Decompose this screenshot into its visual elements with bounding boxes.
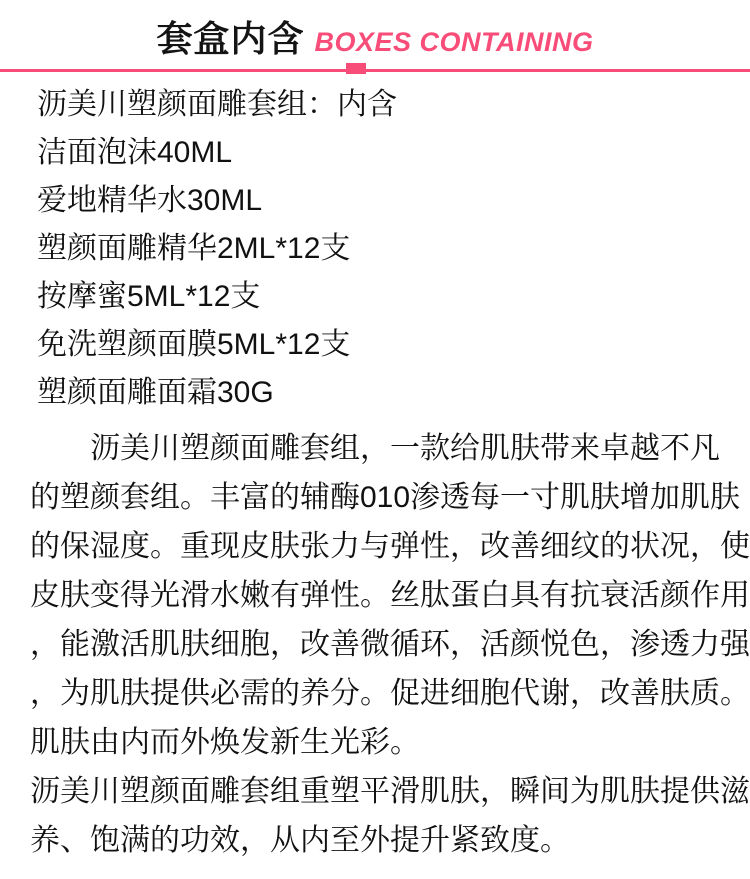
header-divider (0, 69, 750, 72)
description-line: 沥美川塑颜面雕套组，一款给肌肤带来卓越不凡 (30, 424, 720, 473)
description-line: 的塑颜套组。丰富的辅酶010渗透每一寸肌肤增加肌肤 (30, 473, 720, 522)
product-info-section: 套盒内含 BOXES CONTAINING 沥美川塑颜面雕套组：内含 洁面泡沫4… (0, 0, 750, 865)
description-line: 皮肤变得光滑水嫩有弹性。丝肽蛋白具有抗衰活颜作用 (30, 571, 720, 620)
description-line: 的保湿度。重现皮肤张力与弹性，改善细纹的状况，使 (30, 522, 720, 571)
section-header: 套盒内含 BOXES CONTAINING (0, 0, 750, 72)
description-block: 沥美川塑颜面雕套组，一款给肌肤带来卓越不凡 的塑颜套组。丰富的辅酶010渗透每一… (0, 417, 750, 865)
description-line: ，为肌肤提供必需的养分。促进细胞代谢，改善肤质。 (30, 669, 720, 718)
description-paragraph-2: 沥美川塑颜面雕套组重塑平滑肌肤，瞬间为肌肤提供滋 养、饱满的功效，从内至外提升紧… (30, 767, 720, 865)
contents-item: 沥美川塑颜面雕套组：内含 (37, 81, 720, 129)
description-line: 养、饱满的功效，从内至外提升紧致度。 (30, 816, 720, 865)
box-contents-list: 沥美川塑颜面雕套组：内含 洁面泡沫40ML 爱地精华水30ML 塑颜面雕精华2M… (0, 72, 750, 417)
contents-item: 爱地精华水30ML (37, 177, 720, 225)
description-line: ，能激活肌肤细胞，改善微循环，活颜悦色，渗透力强 (30, 620, 720, 669)
contents-item: 塑颜面雕面霜30G (37, 369, 720, 417)
section-title-cn: 套盒内含 (156, 19, 304, 59)
section-title-en: BOXES CONTAINING (315, 28, 594, 58)
contents-item: 免洗塑颜面膜5ML*12支 (37, 321, 720, 369)
contents-item: 按摩蜜5ML*12支 (37, 273, 720, 321)
contents-item: 塑颜面雕精华2ML*12支 (37, 225, 720, 273)
description-line: 肌肤由内而外焕发新生光彩。 (30, 718, 720, 767)
contents-item: 洁面泡沫40ML (37, 129, 720, 177)
section-title-row: 套盒内含 BOXES CONTAINING (0, 0, 750, 59)
description-paragraph-1: 沥美川塑颜面雕套组，一款给肌肤带来卓越不凡 的塑颜套组。丰富的辅酶010渗透每一… (30, 424, 720, 767)
description-line: 沥美川塑颜面雕套组重塑平滑肌肤，瞬间为肌肤提供滋 (30, 767, 720, 816)
